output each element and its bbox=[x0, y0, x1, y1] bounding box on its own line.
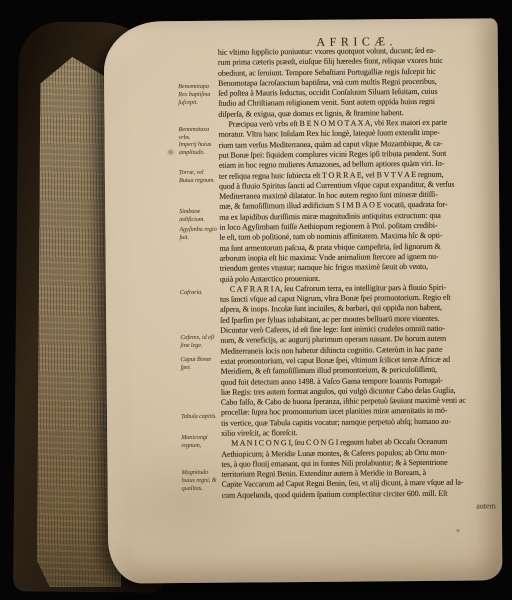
margin-note: Torræ, vel Butua regnum. bbox=[179, 169, 217, 185]
margin-note: Benomotapa Rex baptiſma ſuſcepit. bbox=[178, 83, 216, 107]
margin-note: Simbaoe ædificium. bbox=[179, 208, 217, 224]
margin-notes: Benomotapa Rex baptiſma ſuſcepit.Benomot… bbox=[178, 21, 223, 583]
margin-note: Imperij huius amplitudo. bbox=[179, 141, 217, 157]
margin-note: Magnitudo huius regni, & qualitas. bbox=[181, 469, 219, 493]
margin-note: Manicongi regnum, bbox=[181, 434, 219, 450]
catchword: autem bbox=[222, 501, 496, 512]
margin-note: Tabula capitis. bbox=[181, 413, 219, 421]
body-text: hic vltimo ſupplicio puniuntur: vxores q… bbox=[218, 45, 500, 500]
body-text-line: cum Aquelunda, quod quidem ſpatium compl… bbox=[222, 488, 500, 501]
margin-note: Agyſimba regio fuit. bbox=[179, 226, 217, 242]
margin-note: Benomotaxa vrbs. bbox=[178, 126, 216, 142]
margin-note: Caferes, id eſt ſine lege. bbox=[180, 334, 218, 350]
margin-note: Cafraria. bbox=[180, 289, 218, 297]
book-page: AFRICÆ. Benomotapa Rex baptiſma ſuſcepit… bbox=[104, 18, 503, 583]
margin-note: Caput Bonæ ſpei. bbox=[180, 356, 218, 372]
book-photo: AFRICÆ. Benomotapa Rex baptiſma ſuſcepit… bbox=[0, 0, 512, 600]
